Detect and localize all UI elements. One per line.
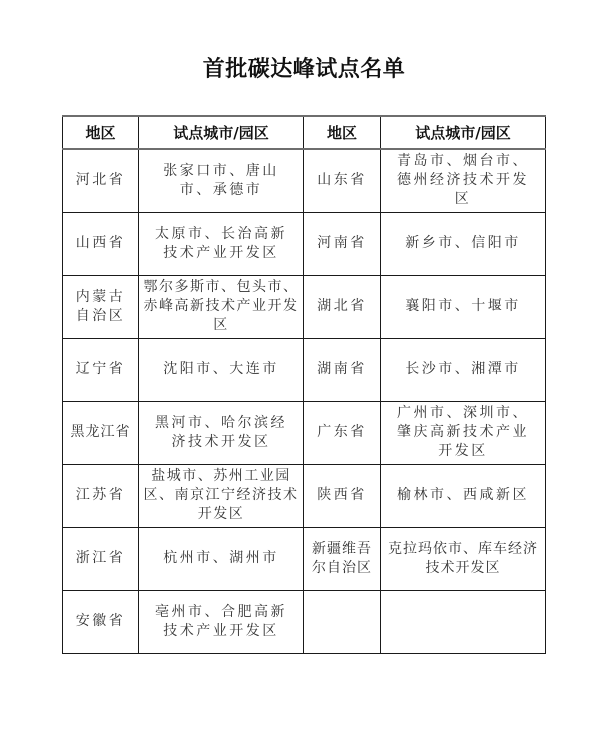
cities-cell: 鄂尔多斯市、包头市、赤峰高新技术产业开发区 <box>139 275 304 338</box>
region-text: 浙江省 <box>67 549 134 568</box>
region-text: 安徽省 <box>67 612 134 631</box>
cities-text: 榆林市、西咸新区 <box>385 486 541 505</box>
region-cell: 黑龙江省 <box>63 401 139 464</box>
region-cell-empty <box>304 590 381 653</box>
cities-cell: 杭州市、湖州市 <box>139 527 304 590</box>
region-cell: 山东省 <box>304 149 381 212</box>
region-text: 陕西省 <box>308 486 376 505</box>
region-text: 山东省 <box>308 171 376 190</box>
cities-cell-empty <box>381 590 546 653</box>
region-cell: 安徽省 <box>63 590 139 653</box>
cities-text: 新乡市、信阳市 <box>385 234 541 253</box>
region-cell: 浙江省 <box>63 527 139 590</box>
table-row: 浙江省 杭州市、湖州市 新疆维吾尔自治区 克拉玛依市、库车经济技术开发区 <box>63 527 546 590</box>
region-text: 内蒙古自治区 <box>67 288 134 326</box>
table-row: 安徽省 亳州市、合肥高新技术产业开发区 <box>63 590 546 653</box>
region-text: 黑龙江省 <box>67 423 134 442</box>
table-row: 江苏省 盐城市、苏州工业园区、南京江宁经济技术开发区 陕西省 榆林市、西咸新区 <box>63 464 546 527</box>
document-title: 首批碳达峰试点名单 <box>0 52 608 83</box>
region-cell: 山西省 <box>63 212 139 275</box>
cities-cell: 沈阳市、大连市 <box>139 338 304 401</box>
header-cities-left: 试点城市/园区 <box>139 116 304 149</box>
cities-cell: 亳州市、合肥高新技术产业开发区 <box>139 590 304 653</box>
table-row: 河北省 张家口市、唐山市、承德市 山东省 青岛市、烟台市、德州经济技术开发区 <box>63 149 546 212</box>
region-cell: 湖北省 <box>304 275 381 338</box>
cities-cell: 青岛市、烟台市、德州经济技术开发区 <box>381 149 546 212</box>
cities-text: 鄂尔多斯市、包头市、赤峰高新技术产业开发区 <box>143 278 299 335</box>
pilot-list-table: 地区 试点城市/园区 地区 试点城市/园区 河北省 张家口市、唐山市、承德市 山… <box>62 115 546 654</box>
table-row: 山西省 太原市、长治高新技术产业开发区 河南省 新乡市、信阳市 <box>63 212 546 275</box>
cities-cell: 克拉玛依市、库车经济技术开发区 <box>381 527 546 590</box>
cities-text: 襄阳市、十堰市 <box>385 297 541 316</box>
region-cell: 河北省 <box>63 149 139 212</box>
region-text: 湖南省 <box>308 360 376 379</box>
cities-text: 张家口市、唐山市、承德市 <box>143 162 299 200</box>
cities-text: 青岛市、烟台市、德州经济技术开发区 <box>385 152 541 209</box>
cities-cell: 榆林市、西咸新区 <box>381 464 546 527</box>
region-text: 江苏省 <box>67 486 134 505</box>
region-cell: 内蒙古自治区 <box>63 275 139 338</box>
table-row: 黑龙江省 黑河市、哈尔滨经济技术开发区 广东省 广州市、深圳市、肇庆高新技术产业… <box>63 401 546 464</box>
region-cell: 湖南省 <box>304 338 381 401</box>
cities-cell: 广州市、深圳市、肇庆高新技术产业开发区 <box>381 401 546 464</box>
table-header-row: 地区 试点城市/园区 地区 试点城市/园区 <box>63 116 546 149</box>
cities-cell: 新乡市、信阳市 <box>381 212 546 275</box>
region-text: 河北省 <box>67 171 134 190</box>
region-cell: 陕西省 <box>304 464 381 527</box>
region-text: 河南省 <box>308 234 376 253</box>
cities-cell: 张家口市、唐山市、承德市 <box>139 149 304 212</box>
region-text: 山西省 <box>67 234 134 253</box>
region-text: 湖北省 <box>308 297 376 316</box>
cities-text: 盐城市、苏州工业园区、南京江宁经济技术开发区 <box>143 467 299 524</box>
cities-cell: 太原市、长治高新技术产业开发区 <box>139 212 304 275</box>
cities-cell: 黑河市、哈尔滨经济技术开发区 <box>139 401 304 464</box>
cities-text: 黑河市、哈尔滨经济技术开发区 <box>143 414 299 452</box>
cities-cell: 襄阳市、十堰市 <box>381 275 546 338</box>
table-row: 内蒙古自治区 鄂尔多斯市、包头市、赤峰高新技术产业开发区 湖北省 襄阳市、十堰市 <box>63 275 546 338</box>
header-region-left: 地区 <box>63 116 139 149</box>
cities-text: 沈阳市、大连市 <box>143 360 299 379</box>
cities-text: 杭州市、湖州市 <box>143 549 299 568</box>
region-cell: 新疆维吾尔自治区 <box>304 527 381 590</box>
region-cell: 广东省 <box>304 401 381 464</box>
region-cell: 辽宁省 <box>63 338 139 401</box>
table-row: 辽宁省 沈阳市、大连市 湖南省 长沙市、湘潭市 <box>63 338 546 401</box>
cities-cell: 盐城市、苏州工业园区、南京江宁经济技术开发区 <box>139 464 304 527</box>
cities-text: 长沙市、湘潭市 <box>385 360 541 379</box>
cities-text: 太原市、长治高新技术产业开发区 <box>143 225 299 263</box>
region-text: 广东省 <box>308 423 376 442</box>
region-text: 新疆维吾尔自治区 <box>308 540 376 578</box>
cities-text: 亳州市、合肥高新技术产业开发区 <box>143 603 299 641</box>
header-region-right: 地区 <box>304 116 381 149</box>
region-cell: 江苏省 <box>63 464 139 527</box>
header-cities-right: 试点城市/园区 <box>381 116 546 149</box>
cities-cell: 长沙市、湘潭市 <box>381 338 546 401</box>
region-cell: 河南省 <box>304 212 381 275</box>
cities-text: 克拉玛依市、库车经济技术开发区 <box>385 540 541 578</box>
region-text: 辽宁省 <box>67 360 134 379</box>
cities-text: 广州市、深圳市、肇庆高新技术产业开发区 <box>385 404 541 461</box>
